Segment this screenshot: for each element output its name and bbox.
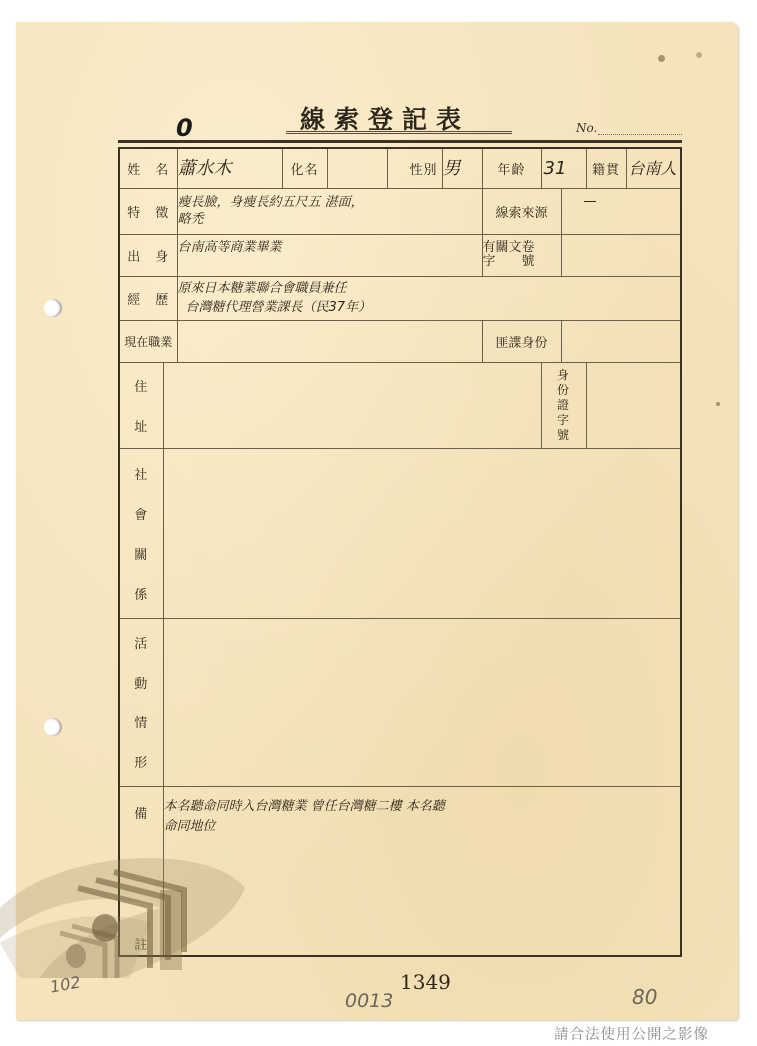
features-value: 瘦長臉，身瘦長約五尺五 湛面， 略禿 xyxy=(177,188,482,234)
row-social-relations: 社 會 關 係 xyxy=(119,448,681,618)
social-relations-value xyxy=(163,448,681,618)
file-number-label-line-2: 字 號 xyxy=(483,255,561,269)
usage-notice: 請合法使用公開之影像 xyxy=(554,1023,709,1044)
name-value: 蕭水木 xyxy=(177,148,282,188)
title-underline xyxy=(286,131,512,134)
features-line-1: 瘦長臉，身瘦長約五尺五 湛面， xyxy=(178,194,482,211)
origin-value: 台南人 xyxy=(626,148,681,188)
stamp-number: 1349 xyxy=(400,970,451,994)
remarks-line-1: 本名聽命同時入台灣糖業 曾任台灣糖二樓 本名聽 xyxy=(164,797,681,817)
row-activities: 活 動 情 形 xyxy=(119,618,681,786)
background-label: 出 身 xyxy=(119,234,177,276)
row-remarks: 備 註 本名聽命同時入台灣糖業 曾任台灣糖二樓 本名聽 命同地位 xyxy=(119,786,681,956)
source-value: — xyxy=(561,188,681,234)
occupation-value xyxy=(177,320,482,362)
activities-value xyxy=(163,618,681,786)
address-label: 住 址 xyxy=(119,362,163,448)
source-label: 線索來源 xyxy=(482,188,561,234)
number-field xyxy=(598,134,682,135)
spy-identity-value xyxy=(561,320,681,362)
pencil-page-number: 0013 xyxy=(345,990,393,1012)
row-occupation: 現在職業 匪諜身份 xyxy=(119,320,681,362)
id-number-label: 身 份 證 字 號 xyxy=(541,362,586,448)
occupation-label: 現在職業 xyxy=(119,320,177,362)
number-label: No. xyxy=(576,121,597,135)
punch-hole-bottom xyxy=(44,718,62,736)
alias-value xyxy=(327,148,387,188)
row-background: 出 身 台南高等商業畢業 有關文卷 字 號 xyxy=(119,234,681,276)
origin-label: 籍貫 xyxy=(586,148,626,188)
history-line-2: 台灣糖代理營業課長（民37年） xyxy=(178,298,681,317)
file-number-label: 有關文卷 字 號 xyxy=(482,234,561,276)
remarks-value: 本名聽命同時入台灣糖業 曾任台灣糖二樓 本名聽 命同地位 xyxy=(163,786,681,956)
corner-mark: 0 xyxy=(176,114,193,142)
activities-label: 活 動 情 形 xyxy=(119,618,163,786)
features-line-2: 略禿 xyxy=(178,211,482,228)
history-label: 經 歷 xyxy=(119,276,177,320)
file-number-value xyxy=(561,234,681,276)
history-line-1: 原來日本糖業聯合會職員兼任 xyxy=(178,279,681,298)
top-rule xyxy=(118,140,682,143)
stain-spot xyxy=(716,402,720,406)
row-identity: 姓 名 蕭水木 化名 性別 男 年齡 31 籍貫 台南人 xyxy=(119,148,681,188)
spy-identity-label: 匪諜身份 xyxy=(482,320,561,362)
alias-label: 化名 xyxy=(282,148,327,188)
row-address: 住 址 身 份 證 字 號 xyxy=(119,362,681,448)
registration-form-table: 姓 名 蕭水木 化名 性別 男 年齡 31 籍貫 台南人 特 徵 瘦長臉，身瘦長… xyxy=(118,147,682,957)
age-label: 年齡 xyxy=(482,148,541,188)
stain-spot xyxy=(658,55,665,62)
history-value: 原來日本糖業聯合會職員兼任 台灣糖代理營業課長（民37年） xyxy=(177,276,681,320)
address-value xyxy=(163,362,541,448)
file-number-label-line-1: 有關文卷 xyxy=(483,241,561,255)
punch-hole-top xyxy=(44,299,62,317)
age-value: 31 xyxy=(541,148,586,188)
id-number-value xyxy=(586,362,681,448)
stain-spot xyxy=(696,52,702,58)
social-relations-label: 社 會 關 係 xyxy=(119,448,163,618)
name-label: 姓 名 xyxy=(119,148,177,188)
row-features: 特 徵 瘦長臉，身瘦長約五尺五 湛面， 略禿 線索來源 — xyxy=(119,188,681,234)
remarks-line-2: 命同地位 xyxy=(164,817,681,837)
remarks-label: 備 註 xyxy=(119,786,163,956)
sex-value: 男 xyxy=(442,148,482,188)
pencil-right-mark: 80 xyxy=(632,985,657,1009)
background-value: 台南高等商業畢業 xyxy=(177,234,482,276)
sex-label: 性別 xyxy=(387,148,442,188)
features-label: 特 徵 xyxy=(119,188,177,234)
row-history: 經 歷 原來日本糖業聯合會職員兼任 台灣糖代理營業課長（民37年） xyxy=(119,276,681,320)
